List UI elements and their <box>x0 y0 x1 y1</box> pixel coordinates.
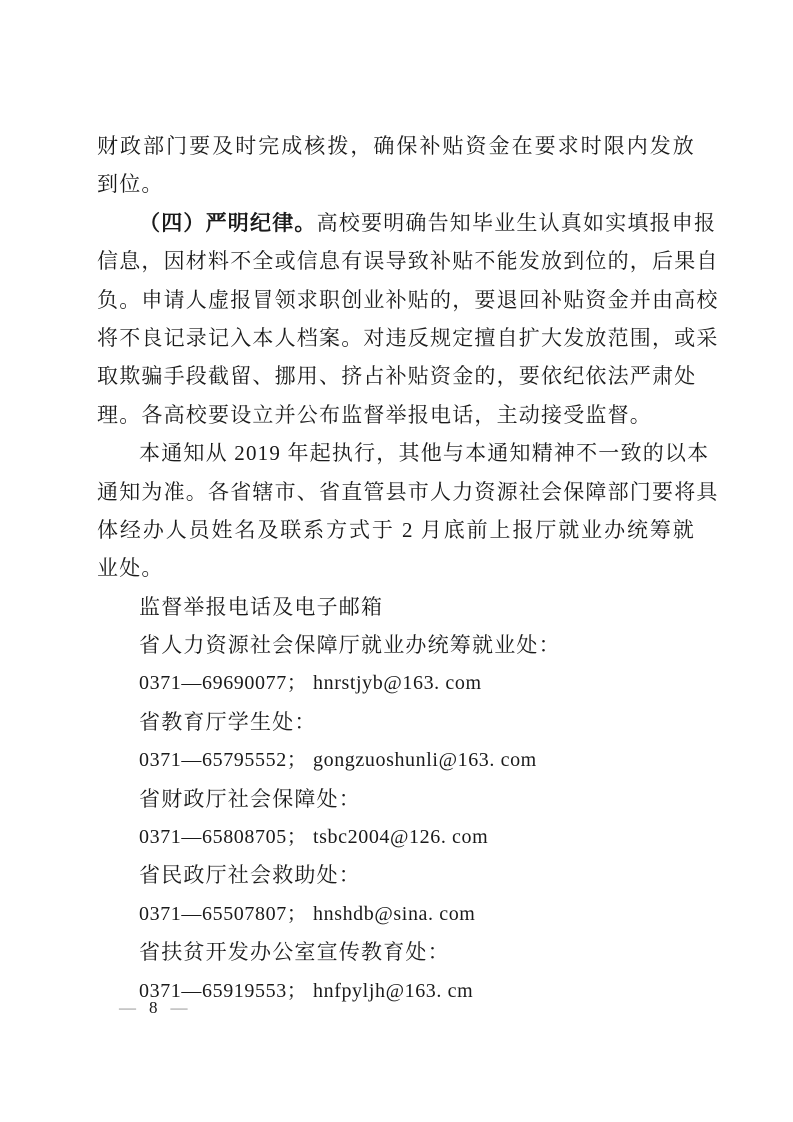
contact-department: 省教育厅学生处： <box>97 703 695 741</box>
contact-section: 监督举报电话及电子邮箱 省人力资源社会保障厅就业办统筹就业处： 0371—696… <box>97 588 695 1010</box>
contact-department: 省人力资源社会保障厅就业办统筹就业处： <box>97 626 695 664</box>
body-line: 财政部门要及时完成核拨，确保补贴资金在要求时限内发放 <box>97 127 695 165</box>
contact-phone-email: 0371—65795552； gongzuoshunli@163. com <box>97 741 695 779</box>
paragraph-funding: 财政部门要及时完成核拨，确保补贴资金在要求时限内发放 到位。 <box>97 127 695 204</box>
section-heading-continuation: 高校要明确告知毕业生认真如实填报申报 <box>317 211 717 235</box>
section-heading: （四）严明纪律。 <box>139 211 317 235</box>
body-line: 信息，因材料不全或信息有误导致补贴不能发放到位的，后果自 <box>97 242 695 280</box>
contact-department: 省财政厅社会保障处： <box>97 780 695 818</box>
body-line: 将不良记录记入本人档案。对违反规定擅自扩大发放范围，或采 <box>97 319 695 357</box>
body-line: 负。申请人虚报冒领求职创业补贴的，要退回补贴资金并由高校 <box>97 281 695 319</box>
body-line: 取欺骗手段截留、挪用、挤占补贴资金的，要依纪依法严肃处 <box>97 357 695 395</box>
contact-phone-email: 0371—65808705； tsbc2004@126. com <box>97 818 695 856</box>
footer-dash-right: — <box>171 998 188 1017</box>
body-line: （四）严明纪律。高校要明确告知毕业生认真如实填报申报 <box>97 204 695 242</box>
contact-department: 省民政厅社会救助处： <box>97 856 695 894</box>
body-line: 理。各高校要设立并公布监督举报电话，主动接受监督。 <box>97 396 695 434</box>
paragraph-discipline: （四）严明纪律。高校要明确告知毕业生认真如实填报申报 信息，因材料不全或信息有误… <box>97 204 695 434</box>
footer-dash-left: — <box>119 998 136 1017</box>
contact-section-title: 监督举报电话及电子邮箱 <box>97 588 695 626</box>
page-footer: —8— <box>119 997 188 1019</box>
contact-department: 省扶贫开发办公室宣传教育处： <box>97 933 695 971</box>
body-line: 体经办人员姓名及联系方式于 2 月底前上报厅就业办统筹就 <box>97 511 695 549</box>
contact-phone-email: 0371—65507807； hnshdb@sina. com <box>97 895 695 933</box>
document-body: 财政部门要及时完成核拨，确保补贴资金在要求时限内发放 到位。 （四）严明纪律。高… <box>97 127 695 1010</box>
body-line: 通知为准。各省辖市、省直管县市人力资源社会保障部门要将具 <box>97 473 695 511</box>
document-page: 财政部门要及时完成核拨，确保补贴资金在要求时限内发放 到位。 （四）严明纪律。高… <box>0 0 793 1122</box>
contact-phone-email: 0371—69690077； hnrstjyb@163. com <box>97 664 695 702</box>
body-line: 业处。 <box>97 549 695 587</box>
body-line: 本通知从 2019 年起执行，其他与本通知精神不一致的以本 <box>97 434 695 472</box>
body-line: 到位。 <box>97 165 695 203</box>
page-number-footer: 8 <box>149 997 158 1019</box>
paragraph-effective-date: 本通知从 2019 年起执行，其他与本通知精神不一致的以本 通知为准。各省辖市、… <box>97 434 695 588</box>
